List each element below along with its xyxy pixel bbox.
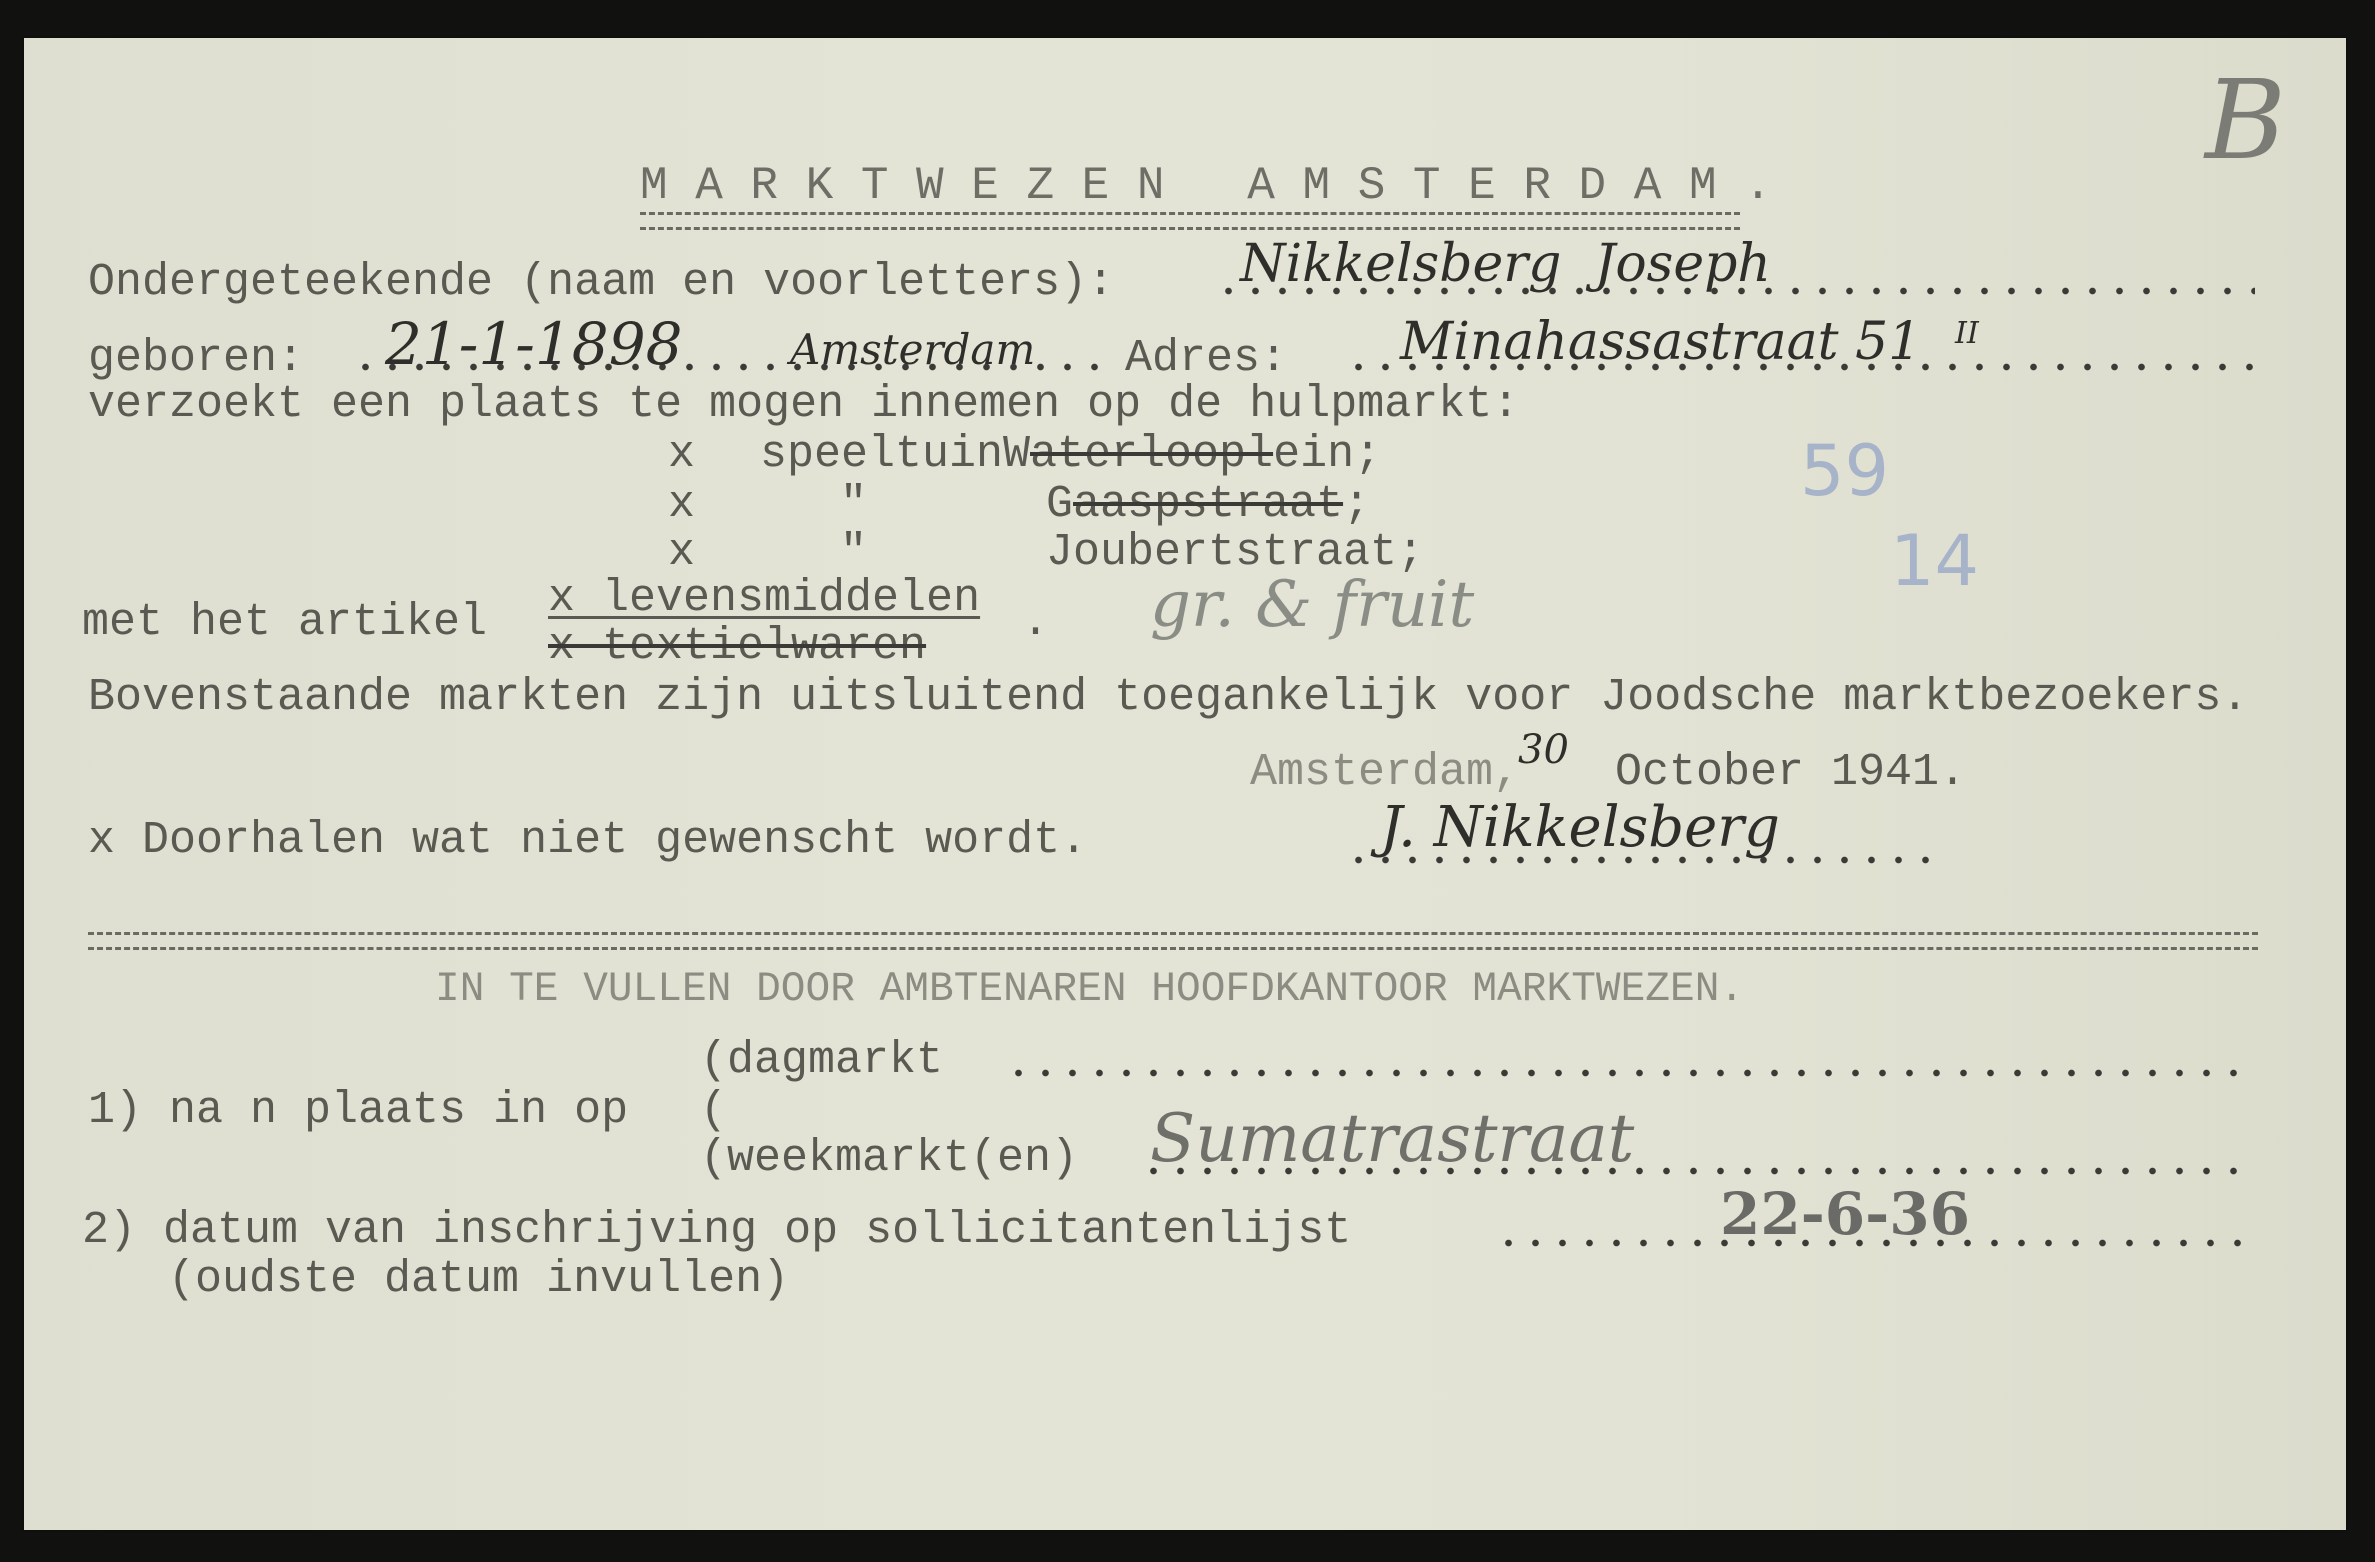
item1-label: 1) na n plaats in op bbox=[88, 1086, 628, 1136]
market-mark: x bbox=[668, 480, 695, 530]
document-title: M A R K T W E Z E N A M S T E R D A M . bbox=[640, 160, 1772, 212]
corner-mark-b: B bbox=[2205, 60, 2286, 180]
option-dagmarkt-label: (dagmarkt bbox=[700, 1036, 943, 1086]
place-date-day[interactable]: 30 bbox=[1518, 722, 1569, 778]
title-double-underline bbox=[640, 212, 1740, 230]
market-name-kept: W bbox=[1003, 429, 1030, 480]
option-weekmarkt-label: (weekmarkt(en) bbox=[700, 1134, 1078, 1184]
notice-text: Bovenstaande markten zijn uitsluitend to… bbox=[88, 673, 2248, 723]
article-handwritten: gr. & fruit bbox=[1150, 568, 1474, 642]
article-period: . bbox=[1022, 598, 1049, 648]
market-name-struck: aaspstraat bbox=[1073, 479, 1343, 530]
place-date-prefix: Amsterdam, bbox=[1250, 748, 1520, 798]
market-name: Waterlooplein; bbox=[1003, 430, 1381, 480]
strike-instruction: x Doorhalen wat niet gewenscht wordt. bbox=[88, 816, 1087, 866]
brace-open: ( bbox=[700, 1086, 727, 1136]
market-name-kept: G bbox=[1046, 479, 1073, 530]
born-label: geboren: bbox=[88, 334, 304, 384]
article-label: met het artikel bbox=[82, 598, 487, 648]
market-mark: x bbox=[668, 430, 695, 480]
article-option-food[interactable]: x levensmiddelen bbox=[548, 574, 980, 624]
ditto-mark: " bbox=[840, 480, 867, 530]
pencil-number-top: 59 bbox=[1800, 430, 1889, 512]
name-value[interactable]: Nikkelsberg Joseph bbox=[1240, 236, 1771, 292]
item2-sub: (oudste datum invullen) bbox=[168, 1255, 789, 1305]
request-line: verzoekt een plaats te mogen innemen op … bbox=[88, 380, 1519, 430]
market-name-tail: ein; bbox=[1273, 429, 1381, 480]
official-heading: IN TE VULLEN DOOR AMBTENAREN HOOFDKANTOO… bbox=[435, 964, 1744, 1014]
born-place[interactable]: Amsterdam bbox=[790, 322, 1035, 378]
market-name: Gaaspstraat; bbox=[1046, 480, 1370, 530]
market-name-struck: aterloopl bbox=[1030, 429, 1273, 480]
weekmarkt-value[interactable]: Sumatrastraat bbox=[1150, 1100, 1634, 1177]
dagmarkt-dotted-line[interactable] bbox=[1005, 1068, 2255, 1078]
place-date-rest: October 1941. bbox=[1615, 748, 1966, 798]
item2-value[interactable]: 22-6-36 bbox=[1720, 1180, 1970, 1248]
address-label: Adres: bbox=[1125, 334, 1287, 384]
address-floor[interactable]: II bbox=[1955, 306, 1979, 362]
section-divider bbox=[88, 932, 2258, 950]
item2-label: 2) datum van inschrijving op sollicitant… bbox=[82, 1206, 1351, 1256]
pencil-number-bottom: 14 bbox=[1890, 520, 1979, 602]
market-prefix: speeltuin bbox=[760, 430, 1003, 480]
born-date[interactable]: 21-1-1898 bbox=[385, 316, 683, 372]
signature[interactable]: J. Nikkelsberg bbox=[1380, 800, 1780, 856]
article-option-textile[interactable]: x textielwaren bbox=[548, 622, 926, 672]
market-mark: x bbox=[668, 528, 695, 578]
address-value[interactable]: Minahassastraat 51 bbox=[1400, 314, 1921, 370]
ditto-mark: " bbox=[840, 528, 867, 578]
market-name-tail: ; bbox=[1343, 479, 1370, 530]
name-label: Ondergeteekende (naam en voorletters): bbox=[88, 258, 1114, 308]
